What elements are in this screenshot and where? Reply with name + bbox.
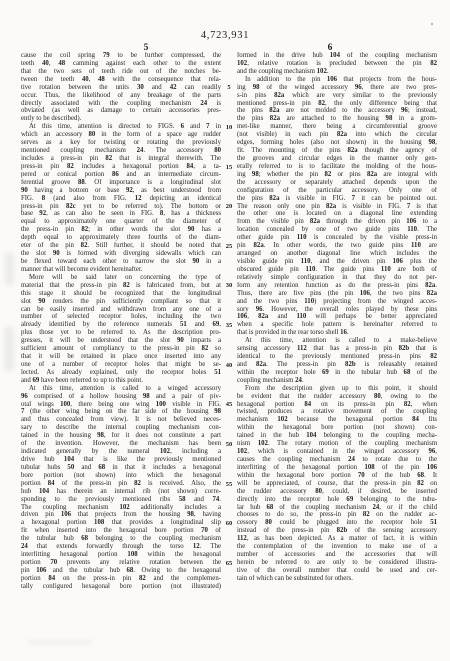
text-line: the press-in pin 82; in other words the … bbox=[21, 226, 221, 234]
text-line: nism 102. The rotary motion of the coupl… bbox=[237, 440, 437, 448]
text-line: pered or conical portion 86 and an inter… bbox=[21, 171, 221, 179]
text-line: mentioned coupling mechanism 24. The acc… bbox=[21, 147, 221, 155]
gutter-line-number: 5 bbox=[221, 84, 237, 92]
text-line: depth equal to approximately three fourt… bbox=[21, 234, 221, 242]
text-line: ferential groove 88. Of importance is a … bbox=[21, 179, 221, 187]
text-line: Thus, there are five pins (the pin 106, … bbox=[237, 290, 437, 298]
text-line: which an accessory 80 in the form of a s… bbox=[21, 131, 221, 139]
text-line: configuration of the particular accessor… bbox=[237, 187, 437, 195]
text-line: that it will be retained in place once i… bbox=[21, 353, 221, 361]
text-line: of the invention. However, the mechanism… bbox=[21, 440, 221, 448]
text-line: chooses to do so, the press-in pin 82 on… bbox=[237, 511, 437, 519]
text-line: cessory 80 could be plugged into the rec… bbox=[237, 519, 437, 527]
gutter-line-number: 60 bbox=[221, 520, 237, 528]
text-line: the grooves and circular edges in the ma… bbox=[237, 155, 437, 163]
text-line: FIG. 8 (and also from FIG. 12 depicting … bbox=[21, 195, 221, 203]
text-line: hub 104 has therein an internal rib (not… bbox=[21, 488, 221, 496]
text-line: 24 that extends forwardly through the to… bbox=[21, 543, 221, 551]
text-line: twisted, produces a rotative movement of… bbox=[237, 408, 437, 416]
text-line: this stage it should be recognized that … bbox=[21, 290, 221, 298]
text-line: visible guide pin 110, and the driven pi… bbox=[237, 258, 437, 266]
text-line: obviated (as well as damage to certain a… bbox=[21, 107, 221, 115]
gutter-line-number: 15 bbox=[221, 164, 237, 172]
text-line: obscured guide pin 110. The guide pins 1… bbox=[237, 266, 437, 274]
text-line: and thus concealed from view). It is not… bbox=[21, 416, 221, 424]
paragraph: At this time, attention is directed to F… bbox=[21, 123, 221, 274]
text-line: tween the teeth 40, 48 with the conseque… bbox=[21, 76, 221, 84]
text-line: serves as a key for twisting or rotating… bbox=[21, 139, 221, 147]
text-line: lar hub 68 of the coupling mechanism 24,… bbox=[237, 504, 437, 512]
gutter-line-number: 45 bbox=[221, 401, 237, 409]
text-line: tained in the hub 104 belonging to the c… bbox=[237, 432, 437, 440]
scan-smudge bbox=[4, 326, 14, 372]
text-line: formed in the drive hub 104 of the coupl… bbox=[237, 52, 437, 60]
text-line: and 69 have been referred to up to this … bbox=[21, 377, 221, 385]
text-line: arranged on another diagonal line which … bbox=[237, 250, 437, 258]
text-line: pin 106 and the tubular hub 68. Owing to… bbox=[21, 567, 221, 575]
text-line: includes a press-in pin 82 that is integ… bbox=[21, 155, 221, 163]
text-line: number of accessories and the accessorie… bbox=[237, 551, 437, 559]
gutter-line-number: 10 bbox=[221, 124, 237, 132]
text-line: portion 70 prevents any relative rotatio… bbox=[21, 559, 221, 567]
text-line: mentioned press-in pin 82, the only diff… bbox=[237, 100, 437, 108]
text-line: 90 having a bottom or base 92, as best u… bbox=[21, 187, 221, 195]
text-line: cause the coil spring 79 to be further c… bbox=[21, 52, 221, 60]
text-line: ing 98; whether the pin 82 or pins 82a a… bbox=[237, 171, 437, 179]
paragraph: At this time, attention is called to a m… bbox=[237, 337, 437, 385]
gutter-line-number: 40 bbox=[221, 362, 237, 370]
text-line: sensing accessory 112 that has a press-i… bbox=[237, 345, 437, 353]
text-line: 102, relative rotation is precluded betw… bbox=[237, 60, 437, 68]
text-line: other guide pin 110 is concealed by the … bbox=[237, 234, 437, 242]
text-line: location concealed by one of two guide p… bbox=[237, 226, 437, 234]
text-line: erally referred to is to facilitate the … bbox=[237, 163, 437, 171]
text-line: the pins 82a is visible in FIG. 7 it can… bbox=[237, 195, 437, 203]
text-line: edges, forming holes (also not shown) in… bbox=[237, 139, 437, 147]
text-line: gresses, it will be understood that the … bbox=[21, 337, 221, 345]
text-line: tally configured hexagonal bore portion … bbox=[21, 583, 221, 591]
text-line: will be appreciated, of course, that the… bbox=[237, 480, 437, 488]
text-line: tain of which can be substituted for oth… bbox=[237, 575, 437, 583]
text-line: sory 96. However, the overall roles play… bbox=[237, 306, 437, 314]
text-line: be evident that the rudder accessory 80,… bbox=[237, 393, 437, 401]
paragraph: formed in the drive hub 104 of the coupl… bbox=[237, 52, 437, 76]
text-line: hexagonal portion 84 on its press-in pin… bbox=[237, 401, 437, 409]
text-line: portion 84 on the press-in pin 82 and th… bbox=[21, 575, 221, 583]
text-line: 106, 82a and 110 will perhaps be better … bbox=[237, 313, 437, 321]
text-column-right: formed in the drive hub 104 of the coupl… bbox=[237, 52, 437, 583]
text-line: the contemplation of the invention to ma… bbox=[237, 543, 437, 551]
text-line: plus those yet to be referred to. As the… bbox=[21, 329, 221, 337]
text-line: the pins 82a are not molded to the acces… bbox=[237, 107, 437, 115]
text-line: within the hexagonal bore portion (not s… bbox=[237, 424, 437, 432]
text-line: interfitting of the hexagonal portion 10… bbox=[237, 464, 437, 472]
text-line: ing 98 of the winged accessory 96, there… bbox=[237, 84, 437, 92]
text-line: sufficient amount of compliancy to the p… bbox=[21, 345, 221, 353]
text-line: otal wings 100, there being one wing 100… bbox=[21, 401, 221, 409]
text-line: from the visible pin 82a through the dri… bbox=[237, 218, 437, 226]
text-line: More will be said later on concerning th… bbox=[21, 274, 221, 282]
text-line: lected. As already explained, only the r… bbox=[21, 369, 221, 377]
gutter-line-numbers: 5101520253035404550556065 bbox=[221, 0, 237, 661]
text-line: herein be referred to are only to be con… bbox=[237, 559, 437, 567]
text-line: tive rotation between the units 30 and 4… bbox=[21, 84, 221, 92]
text-line: be flexed toward each other to narrow th… bbox=[21, 258, 221, 266]
text-line: 112, as has been depicted. As a matter o… bbox=[237, 535, 437, 543]
text-column-left: cause the coil spring 79 to be further c… bbox=[21, 52, 221, 591]
gutter-line-number: 55 bbox=[221, 481, 237, 489]
text-line: sponding to the previously mentioned rib… bbox=[21, 496, 221, 504]
text-line: From the description given up to this po… bbox=[237, 385, 437, 393]
text-line: driven pin 106 that projects from the ho… bbox=[21, 511, 221, 519]
text-line: ently to be described). bbox=[21, 115, 221, 123]
text-line: material that the press-in pin 82 is fab… bbox=[21, 282, 221, 290]
text-line: the pins 82a are attached to the housing… bbox=[237, 115, 437, 123]
gutter-line-number: 25 bbox=[221, 243, 237, 251]
text-line: directly into the receptor hole 69 belon… bbox=[237, 496, 437, 504]
text-line: portion 84 of the press-in pin 82 is rec… bbox=[21, 480, 221, 488]
text-line: tained in the housing 98, for it does no… bbox=[21, 432, 221, 440]
text-line: bore portion (not shown) into which the … bbox=[21, 472, 221, 480]
text-line: the slot 90 is formed with diverging sid… bbox=[21, 250, 221, 258]
text-line: relatively simple configuration in that … bbox=[237, 274, 437, 282]
text-line: indicated generally by the numeral 102, … bbox=[21, 448, 221, 456]
scan-smudge bbox=[28, 640, 92, 645]
paragraph: More will be said later on concerning th… bbox=[21, 274, 221, 385]
text-line: the other one is located on a diagonal l… bbox=[237, 210, 437, 218]
text-line: already identified by the reference nume… bbox=[21, 321, 221, 329]
gutter-line-number: 35 bbox=[221, 322, 237, 330]
text-line: coupling mechanism 24. bbox=[237, 377, 437, 385]
text-line: and the coupling mechanism 102. bbox=[237, 68, 437, 76]
gutter-line-number: 20 bbox=[221, 203, 237, 211]
text-line: and the two pins 110) projecting from th… bbox=[237, 298, 437, 306]
text-line: At this time, attention is directed to F… bbox=[21, 123, 221, 131]
text-line: sary to describe the internal coupling m… bbox=[21, 424, 221, 432]
text-line: the tubular hub 68 belonging to the coup… bbox=[21, 535, 221, 543]
text-line: equal to approximately one quarter of th… bbox=[21, 218, 221, 226]
text-line: one of a number of receptor holes that m… bbox=[21, 361, 221, 369]
text-line: press-in pin 82c yet to be referred to).… bbox=[21, 203, 221, 211]
text-line: the rudder accessory 80, could, if desir… bbox=[237, 488, 437, 496]
text-line: tive of the overall number that could be… bbox=[237, 567, 437, 575]
gutter-line-number: 50 bbox=[221, 441, 237, 449]
text-line: can be easily inserted and withdrawn fro… bbox=[21, 306, 221, 314]
text-line: At this time, attention is called to a w… bbox=[21, 385, 221, 393]
text-line: and 82a. The press-in pin 82b is releasa… bbox=[237, 361, 437, 369]
text-line: form any retention function as do the pr… bbox=[237, 282, 437, 290]
paragraph: From the description given up to this po… bbox=[237, 385, 437, 583]
text-line: teeth 40, 48 camming against each other … bbox=[21, 60, 221, 68]
text-line: 102, which is contained in the winged ac… bbox=[237, 448, 437, 456]
text-line: interfitting hexagonal portion 108 withi… bbox=[21, 551, 221, 559]
text-line: pin 82a. In other words, the two guide p… bbox=[237, 242, 437, 250]
text-line: mechanism 102 because the hexagonal port… bbox=[237, 416, 437, 424]
text-line: eter of the pin 82. Still further, it sh… bbox=[21, 242, 221, 250]
text-line: The coupling mechanism 102 additionally … bbox=[21, 504, 221, 512]
gutter-line-number: 65 bbox=[221, 560, 237, 568]
text-line: causes the coupling mechanism 24 to rota… bbox=[237, 456, 437, 464]
text-line: (not visible) in each pin 82a into which… bbox=[237, 131, 437, 139]
patent-page: 4,723,931 5 6 cause the coil spring 79 t… bbox=[0, 0, 450, 661]
text-line: 7 (the other wing being on the far side … bbox=[21, 408, 221, 416]
text-line: manner that will become evident hereinaf… bbox=[21, 266, 221, 274]
text-line: slot 90 renders the pin sufficiently com… bbox=[21, 298, 221, 306]
gutter-line-number: 30 bbox=[221, 282, 237, 290]
text-line: occur. Thus, the likelihood of any break… bbox=[21, 92, 221, 100]
text-line: number of selected receptor holes, inclu… bbox=[21, 313, 221, 321]
text-line: a hexagonal portion 108 that provides a … bbox=[21, 519, 221, 527]
text-line: identical to the previously mentioned pr… bbox=[237, 353, 437, 361]
text-line: base 92, as can also be seen in FIG. 8, … bbox=[21, 210, 221, 218]
text-line: 96 comprised of a hollow housing 98 and … bbox=[21, 393, 221, 401]
scan-smudge bbox=[5, 252, 14, 286]
text-line: within the hexagonal bore portion 70 of … bbox=[237, 472, 437, 480]
text-line: fit. The mounting of the pins 82a though… bbox=[237, 147, 437, 155]
text-line: met-like manner, there being a circumfer… bbox=[237, 123, 437, 131]
paragraph: At this time, attention is called to a w… bbox=[21, 385, 221, 591]
text-line: press-in pin 82 includes a hexagonal por… bbox=[21, 163, 221, 171]
paragraph: In addition to the pin 106 that projects… bbox=[237, 76, 437, 337]
text-line: tubular hubs 50 and 68 in that it includ… bbox=[21, 464, 221, 472]
text-line: within the receptor hole 69 in the tubul… bbox=[237, 369, 437, 377]
text-line: directly associated with the coupling me… bbox=[21, 100, 221, 108]
text-line: fit when inserted into the hexagonal bor… bbox=[21, 527, 221, 535]
paragraph: cause the coil spring 79 to be further c… bbox=[21, 52, 221, 123]
scan-speck bbox=[431, 23, 433, 25]
text-line: In addition to the pin 106 that projects… bbox=[237, 76, 437, 84]
text-line: the accessory or separately attached dep… bbox=[237, 179, 437, 187]
text-line: that is provided in the rear torso shell… bbox=[237, 329, 437, 337]
text-line: At this time, attention is called to a m… bbox=[237, 337, 437, 345]
text-line: drive hub 104 that is like the previousl… bbox=[21, 456, 221, 464]
text-line: when a specific hole pattern is hereinaf… bbox=[237, 321, 437, 329]
text-line: instead of the press-in pin 82b of the s… bbox=[237, 527, 437, 535]
text-line: The reason only one pin 82a is visible i… bbox=[237, 203, 437, 211]
text-line: that the two sets of teeth ride out of t… bbox=[21, 68, 221, 76]
text-line: s-in pins 82a which are very similar to … bbox=[237, 92, 437, 100]
